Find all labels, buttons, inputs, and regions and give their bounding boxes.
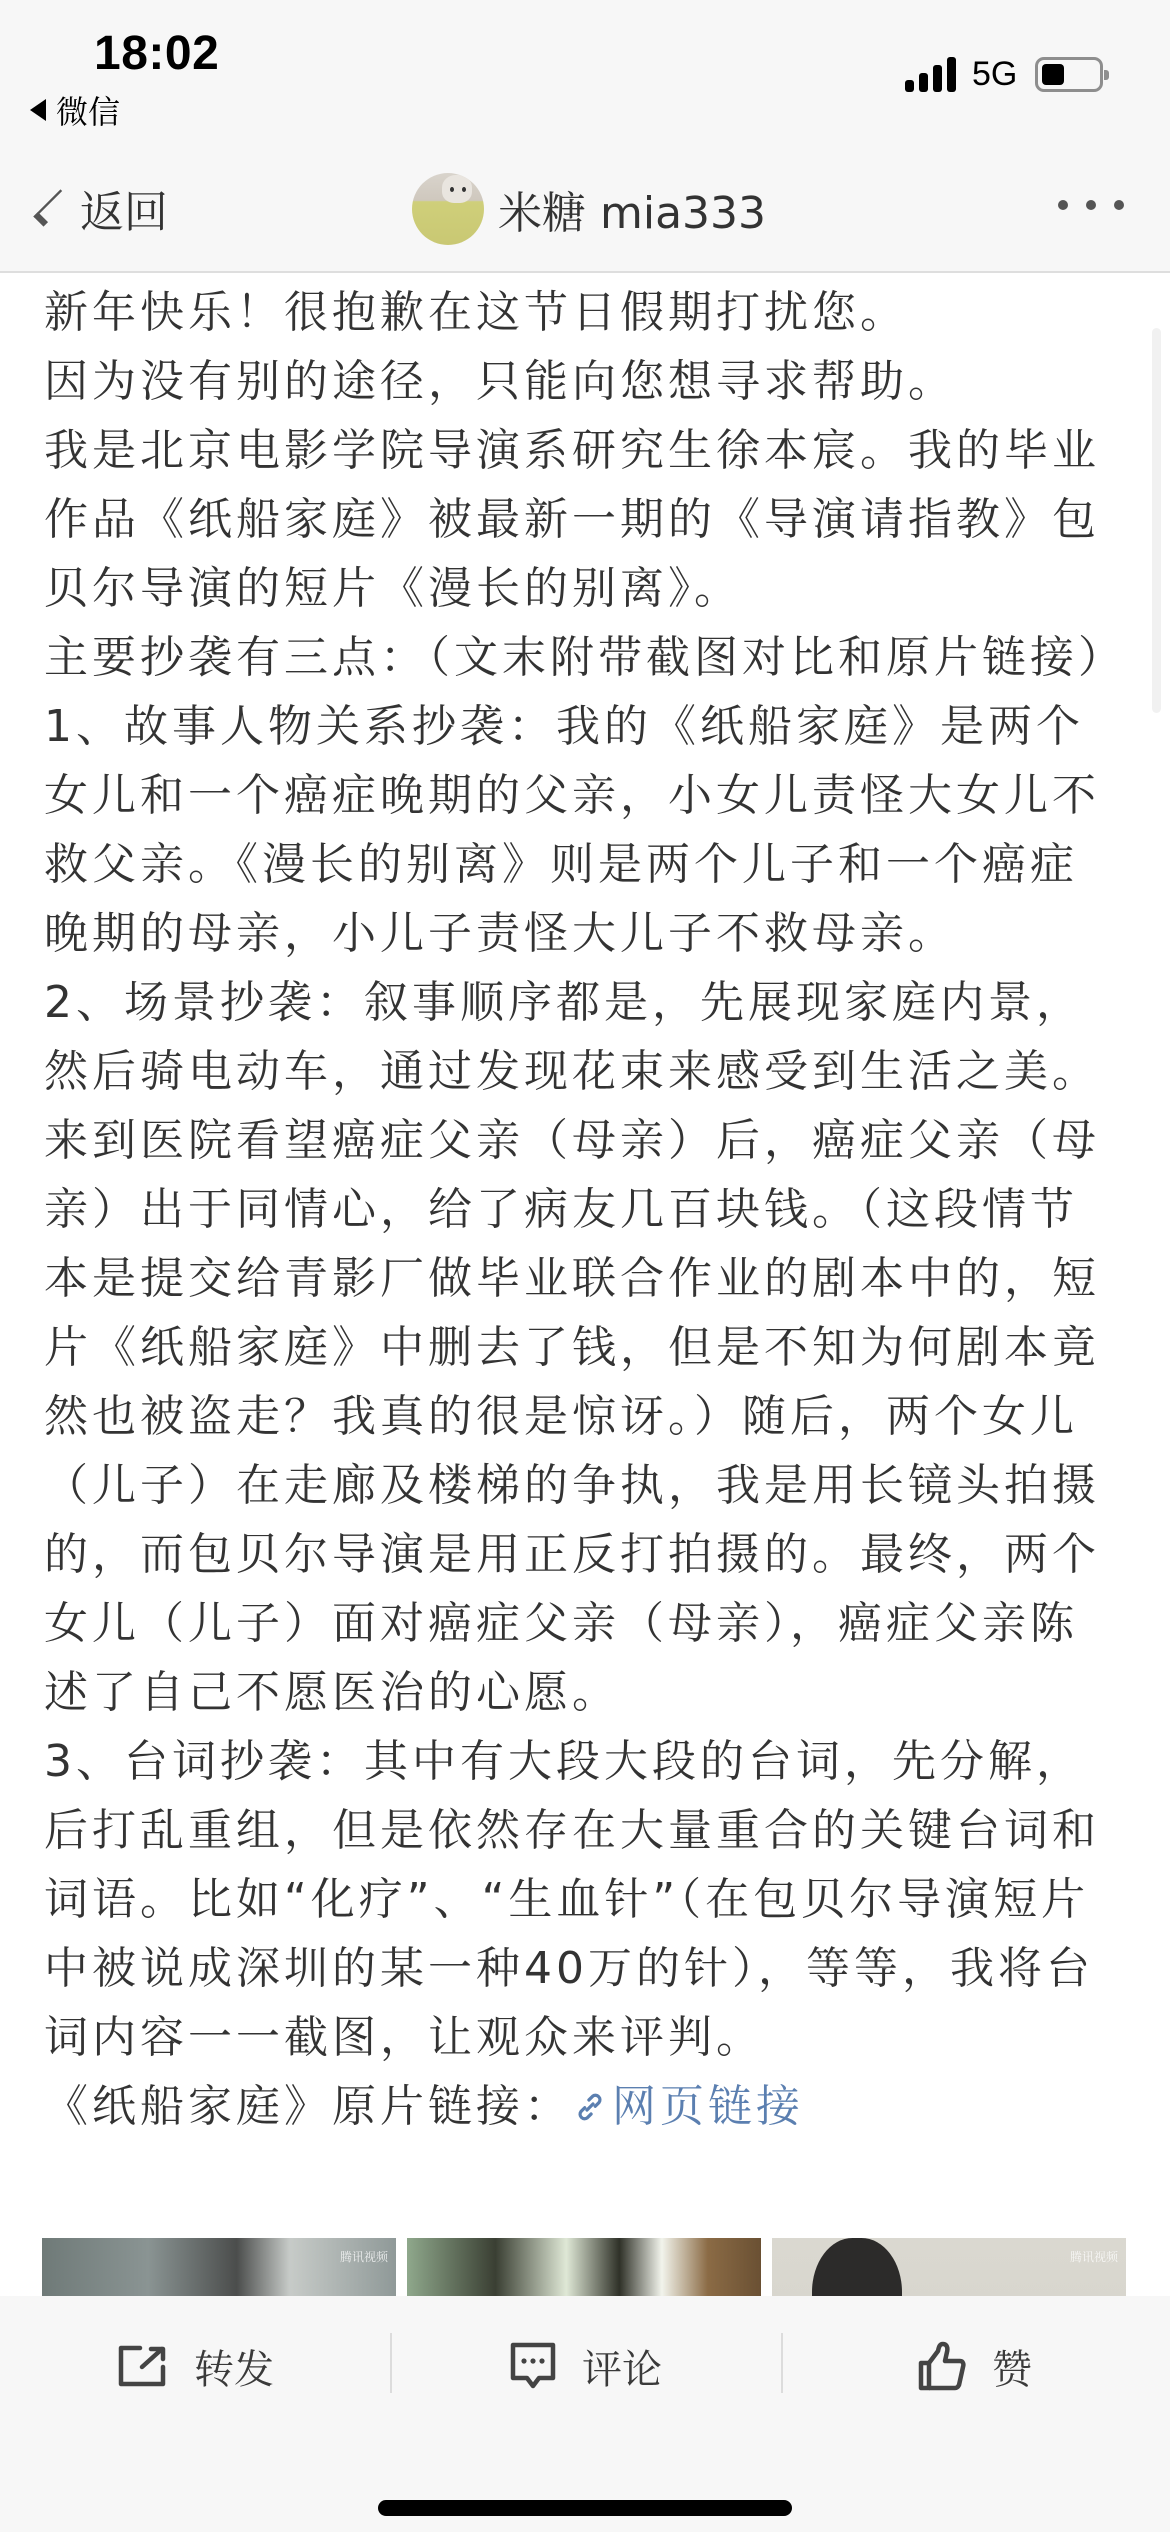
back-to-app[interactable]: 微信 <box>30 90 120 130</box>
watermark: 腾讯视频 <box>340 2248 388 2265</box>
signal-icon <box>905 56 956 92</box>
header: 18:02 微信 5G 返回 米糖 mia333 <box>0 0 1170 273</box>
thumbs-up-icon <box>918 2341 966 2391</box>
weibo-post-screen: 18:02 微信 5G 返回 米糖 mia333 <box>0 0 1170 2532</box>
post-paragraph: 2、场景抄袭：叙事顺序都是，先展现家庭内景，然后骑电动车，通过发现花束来感受到生… <box>44 968 1124 1727</box>
back-app-label: 微信 <box>56 87 120 133</box>
post-paragraph: 新年快乐！很抱歉在这节日假期打扰您。 <box>44 278 1124 347</box>
comment-label: 评论 <box>582 2338 662 2395</box>
back-triangle-icon <box>30 99 46 121</box>
link-prefix: 《纸船家庭》原片链接： <box>44 2081 572 2132</box>
comment-icon <box>510 2342 556 2390</box>
back-button[interactable]: 返回 <box>34 176 168 240</box>
comment-button[interactable]: 评论 <box>510 2336 662 2396</box>
like-button[interactable]: 赞 <box>918 2336 1032 2396</box>
watermark: 腾讯视频 <box>1070 2248 1118 2265</box>
web-link[interactable]: 网页链接 <box>572 2081 804 2132</box>
scrollbar[interactable] <box>1152 328 1161 713</box>
post-paragraph: 主要抄袭有三点：（文末附带截图对比和原片链接） <box>44 623 1124 692</box>
network-type: 5G <box>972 55 1017 94</box>
battery-icon <box>1035 57 1103 92</box>
link-icon <box>572 2089 608 2125</box>
avatar[interactable] <box>412 173 484 245</box>
author-name[interactable]: 米糖 mia333 <box>498 177 766 241</box>
home-indicator[interactable] <box>378 2500 792 2516</box>
like-label: 赞 <box>992 2338 1032 2395</box>
share-label: 转发 <box>194 2338 274 2395</box>
status-indicators: 5G <box>905 52 1103 96</box>
post-paragraph: 因为没有别的途径，只能向您想寻求帮助。 <box>44 347 1124 416</box>
more-dots-icon[interactable] <box>1058 200 1124 210</box>
web-link-label: 网页链接 <box>612 2081 804 2132</box>
share-button[interactable]: 转发 <box>118 2336 274 2396</box>
chevron-left-icon <box>33 189 70 226</box>
toolbar-divider <box>390 2333 392 2393</box>
toolbar-divider <box>781 2333 783 2393</box>
status-time: 18:02 <box>94 26 219 81</box>
source-link-line: 《纸船家庭》原片链接：网页链接 <box>44 2072 1124 2141</box>
post-paragraph: 1、故事人物关系抄袭：我的《纸船家庭》是两个女儿和一个癌症晚期的父亲，小女儿责怪… <box>44 692 1124 968</box>
post-body: 新年快乐！很抱歉在这节日假期打扰您。 因为没有别的途径，只能向您想寻求帮助。 我… <box>44 278 1124 2141</box>
share-icon <box>118 2345 168 2387</box>
post-paragraph: 3、台词抄袭：其中有大段大段的台词，先分解，后打乱重组，但是依然存在大量重合的关… <box>44 1727 1124 2072</box>
post-paragraph: 我是北京电影学院导演系研究生徐本宸。我的毕业作品《纸船家庭》被最新一期的《导演请… <box>44 416 1124 623</box>
back-label: 返回 <box>80 176 168 240</box>
bottom-toolbar: 转发 评论 赞 <box>0 2296 1170 2532</box>
author-header[interactable]: 米糖 mia333 <box>412 172 766 246</box>
